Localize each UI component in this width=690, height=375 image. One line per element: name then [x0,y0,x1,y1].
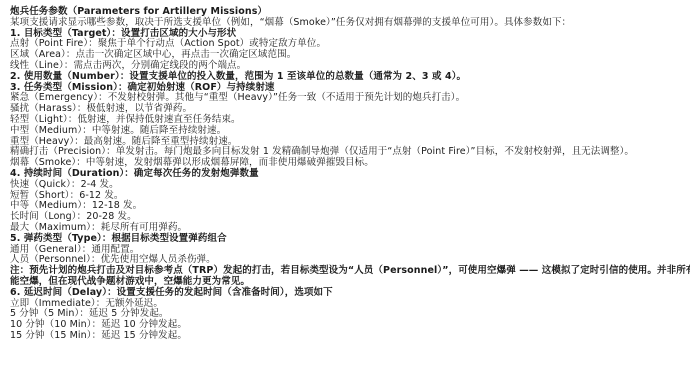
text-line: 6. 延迟时间（Delay）：设置支援任务的发起时间（含准备时间），选项如下 [10,288,680,299]
document: 炮兵任务参数（Parameters for Artillery Missions… [0,0,690,375]
text-line: 15 分钟（15 Min）：延迟 15 分钟发起。 [10,331,680,342]
text-line: 5. 弹药类型（Type）：根据目标类型设置弹药组合 [10,234,680,245]
document-body: 某项支援请求显示哪些参数，取决于所选支援单位（例如，“烟幕（Smoke）”任务仅… [10,18,680,342]
text-line: 中型（Medium）：中等射速。随后降至持续射速。 [10,126,680,137]
text-line: 快速（Quick）：2-4 发。 [10,180,680,191]
text-line: 某项支援请求显示哪些参数，取决于所选支援单位（例如，“烟幕（Smoke）”任务仅… [10,18,680,29]
text-line: 2. 使用数量（Number）：设置支援单位的投入数量，范围为 1 至该单位的总… [10,72,680,83]
